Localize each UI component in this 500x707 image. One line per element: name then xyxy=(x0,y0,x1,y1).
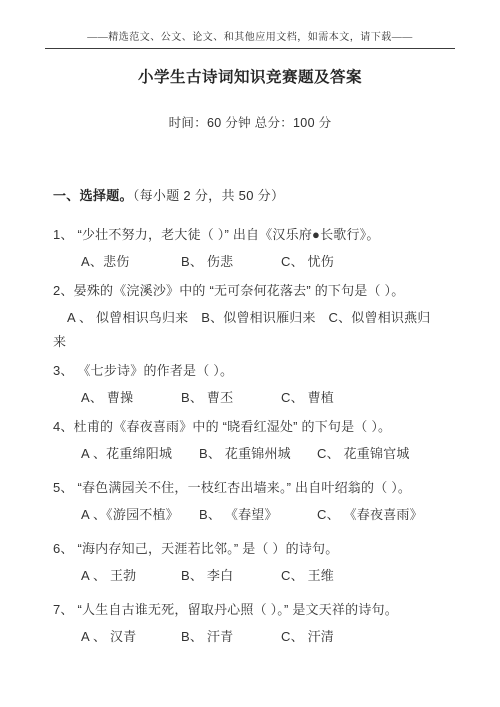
question-text: 1、 “少壮不努力，老大徒（ ）” 出自《汉乐府●长歌行》。 xyxy=(53,223,443,247)
question-text: 7、 “人生自古谁无死，留取丹心照（ ）。” 是文天祥的诗句。 xyxy=(53,598,443,622)
question-block: 7、 “人生自古谁无死，留取丹心照（ ）。” 是文天祥的诗句。 A 、 汉青B、… xyxy=(53,598,443,649)
option-choice: A 、《游园不植》 xyxy=(67,503,185,527)
option-choice: A、悲伤 xyxy=(67,250,167,274)
question-list: 1、 “少壮不努力，老大徒（ ）” 出自《汉乐府●长歌行》。 A、悲伤B、 伤悲… xyxy=(53,223,443,649)
exam-body: 一、选择题。（每小题 2 分，共 50 分） 1、 “少壮不努力，老大徒（ ）”… xyxy=(0,185,500,649)
option-choice: C、 忧伤 xyxy=(267,250,334,274)
question-options: A 、 似曾相识鸟归来 B、似曾相识雁归来 C、似曾相识燕归来 xyxy=(53,306,443,354)
option-choice: C、 曹植 xyxy=(267,386,334,410)
page-header: ——精选范文、公文、论文、和其他应用文档，如需本文，请下载—— xyxy=(0,28,500,49)
option-choice: C、 花重锦官城 xyxy=(303,442,410,466)
page-title: 小学生古诗词知识竞赛题及答案 xyxy=(0,65,500,87)
exam-meta: 时间：60 分钟 总分：100 分 xyxy=(0,113,500,131)
question-text: 5、 “春色满园关不住，一枝红杏出墙来。” 出自叶绍翁的（ ）。 xyxy=(53,476,443,500)
question-block: 6、 “海内存知己，天涯若比邻。” 是（ ）的诗句。 A 、 王勃B、 李白C、… xyxy=(53,537,443,588)
question-options: A 、花重绵阳城B、 花重锦州城C、 花重锦官城 xyxy=(53,442,443,466)
question-options: A、悲伤B、 伤悲C、 忧伤 xyxy=(53,250,443,274)
question-text: 3、 《七步诗》的作者是（ ）。 xyxy=(53,359,443,383)
question-block: 3、 《七步诗》的作者是（ ）。 A、 曹操B、 曹丕C、 曹植 xyxy=(53,359,443,410)
option-choice: B、 花重锦州城 xyxy=(185,442,303,466)
option-choice: A 、 王勃 xyxy=(67,564,167,588)
option-choice: C、 汗清 xyxy=(267,625,334,649)
option-choice: B、似曾相识雁归来 xyxy=(201,310,315,325)
section-heading: 一、选择题。（每小题 2 分，共 50 分） xyxy=(53,185,443,204)
question-options: A 、 王勃B、 李白C、 王维 xyxy=(53,564,443,588)
question-block: 2、晏殊的《浣溪沙》中的 “无可奈何花落去” 的下句是（ ）。 A 、 似曾相识… xyxy=(53,279,443,354)
header-divider xyxy=(45,48,455,49)
option-choice: C、 《春夜喜雨》 xyxy=(303,503,423,527)
document-page: ——精选范文、公文、论文、和其他应用文档，如需本文，请下载—— 小学生古诗词知识… xyxy=(0,0,500,707)
option-choice: B、 汗青 xyxy=(167,625,267,649)
header-note: ——精选范文、公文、论文、和其他应用文档，如需本文，请下载—— xyxy=(40,28,460,43)
section-heading-note: （每小题 2 分，共 50 分） xyxy=(133,188,284,203)
question-text: 4、杜甫的《春夜喜雨》中的 “晓看红湿处” 的下句是（ ）。 xyxy=(53,415,443,439)
option-choice: B、 曹丕 xyxy=(167,386,267,410)
option-choice: A、 曹操 xyxy=(67,386,167,410)
question-block: 4、杜甫的《春夜喜雨》中的 “晓看红湿处” 的下句是（ ）。 A 、花重绵阳城B… xyxy=(53,415,443,466)
option-choice: C、 王维 xyxy=(267,564,334,588)
option-choice: A 、花重绵阳城 xyxy=(67,442,185,466)
question-text: 2、晏殊的《浣溪沙》中的 “无可奈何花落去” 的下句是（ ）。 xyxy=(53,279,443,303)
option-choice: A 、 似曾相识鸟归来 xyxy=(67,310,188,325)
option-choice: B、 伤悲 xyxy=(167,250,267,274)
section-heading-title: 一、选择题。 xyxy=(53,188,133,203)
question-options: A、 曹操B、 曹丕C、 曹植 xyxy=(53,386,443,410)
option-choice: A 、 汉青 xyxy=(67,625,167,649)
question-options: A 、《游园不植》B、 《春望》C、 《春夜喜雨》 xyxy=(53,503,443,527)
option-choice: B、 李白 xyxy=(167,564,267,588)
question-text: 6、 “海内存知己，天涯若比邻。” 是（ ）的诗句。 xyxy=(53,537,443,561)
question-block: 1、 “少壮不努力，老大徒（ ）” 出自《汉乐府●长歌行》。 A、悲伤B、 伤悲… xyxy=(53,223,443,274)
option-choice: B、 《春望》 xyxy=(185,503,303,527)
question-block: 5、 “春色满园关不住，一枝红杏出墙来。” 出自叶绍翁的（ ）。 A 、《游园不… xyxy=(53,476,443,527)
question-options: A 、 汉青B、 汗青C、 汗清 xyxy=(53,625,443,649)
